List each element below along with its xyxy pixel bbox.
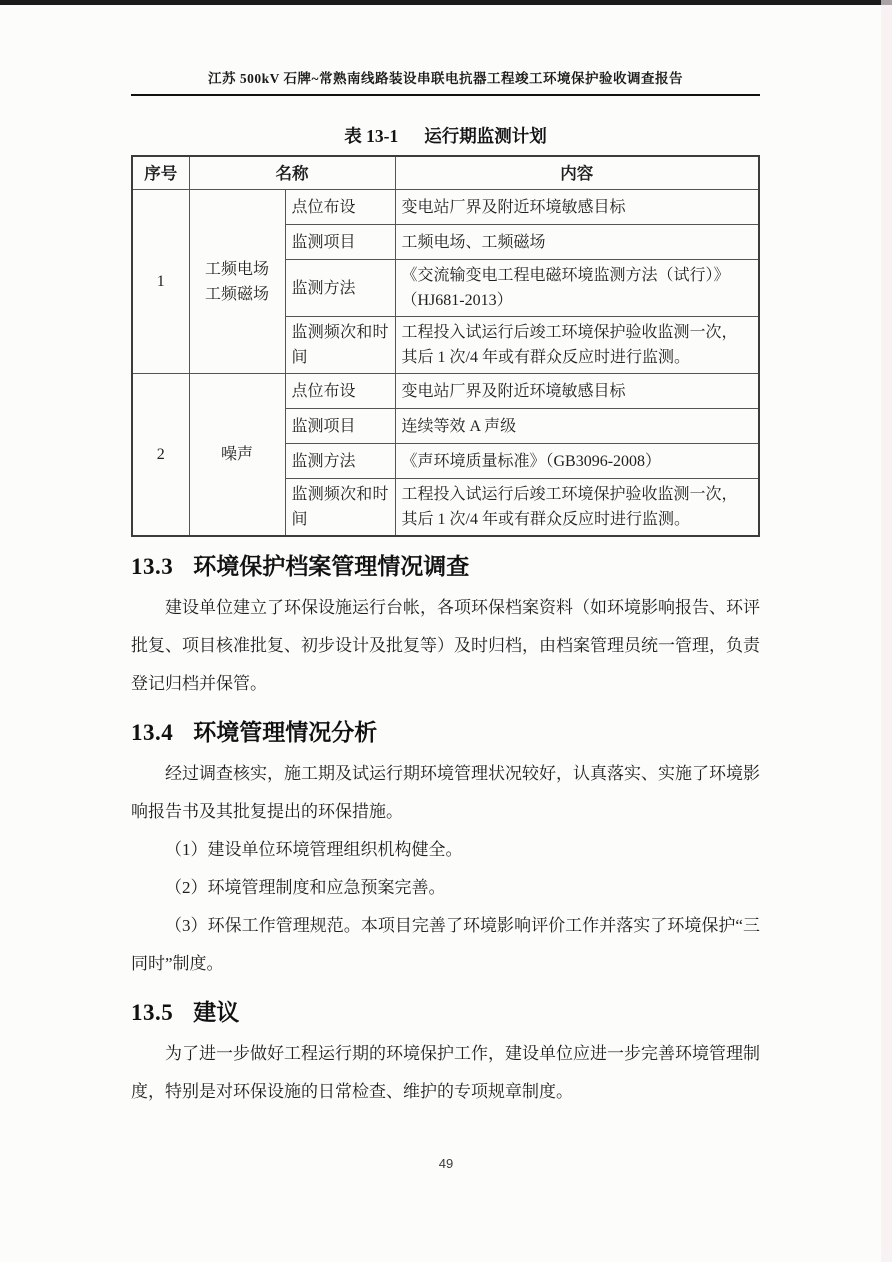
row-content-cell: 《交流输变电工程电磁环境监测方法（试行）》（HJ681-2013） xyxy=(395,260,759,317)
row-label-cell: 监测频次和时间 xyxy=(285,479,395,537)
list-item: （2）环境管理制度和应急预案完善。 xyxy=(131,869,760,907)
name-line: 工频磁场 xyxy=(196,282,279,307)
name-line: 工频电场 xyxy=(196,257,279,282)
row-label-cell: 点位布设 xyxy=(285,190,395,225)
paragraph: 建设单位建立了环保设施运行台帐，各项环保档案资料（如环境影响报告、环评批复、项目… xyxy=(131,589,760,703)
row-content-cell: 《声环境质量标准》（GB3096-2008） xyxy=(395,444,759,479)
row-content-cell: 工程投入试运行后竣工环境保护验收监测一次，其后 1 次/4 年或有群众反应时进行… xyxy=(395,479,759,537)
row-name-cell: 工频电场 工频磁场 xyxy=(189,190,285,374)
monitoring-plan-table: 序号 名称 内容 1 工频电场 工频磁场 点位布设 变电站厂界及附近环境敏感目标… xyxy=(131,155,760,537)
row-content-cell: 变电站厂界及附近环境敏感目标 xyxy=(395,374,759,409)
row-label-cell: 监测项目 xyxy=(285,409,395,444)
row-content-cell: 工频电场、工频磁场 xyxy=(395,225,759,260)
section-title: 环境保护档案管理情况调查 xyxy=(193,553,469,579)
scan-top-bar xyxy=(0,0,892,5)
running-header: 江苏 500kV 石牌~常熟南线路装设串联电抗器工程竣工环境保护验收调查报告 xyxy=(131,67,760,96)
section-heading-13-3: 13.3环境保护档案管理情况调查 xyxy=(131,548,760,581)
list-item: （3）环保工作管理规范。本项目完善了环境影响评价工作并落实了环境保护“三同时”制… xyxy=(131,907,760,983)
document-page: 江苏 500kV 石牌~常熟南线路装设串联电抗器工程竣工环境保护验收调查报告 表… xyxy=(0,0,892,1262)
section-number: 13.5 xyxy=(131,1000,173,1025)
row-label-cell: 监测项目 xyxy=(285,225,395,260)
row-index-cell: 1 xyxy=(132,190,189,374)
list-item: （1）建设单位环境管理组织机构健全。 xyxy=(131,831,760,869)
table-title-text: 运行期监测计划 xyxy=(424,126,547,146)
paragraph: 经过调查核实，施工期及试运行期环境管理状况较好，认真落实、实施了环境影响报告书及… xyxy=(131,755,760,831)
row-label-cell: 点位布设 xyxy=(285,374,395,409)
section-number: 13.3 xyxy=(131,554,173,579)
table-title: 表 13-1运行期监测计划 xyxy=(131,123,760,148)
table-number-label: 表 13-1 xyxy=(344,126,398,146)
row-index-cell: 2 xyxy=(132,374,189,537)
row-content-cell: 连续等效 A 声级 xyxy=(395,409,759,444)
section-body-13-4: 经过调查核实，施工期及试运行期环境管理状况较好，认真落实、实施了环境影响报告书及… xyxy=(131,755,760,983)
row-content-cell: 变电站厂界及附近环境敏感目标 xyxy=(395,190,759,225)
section-body-13-3: 建设单位建立了环保设施运行台帐，各项环保档案资料（如环境影响报告、环评批复、项目… xyxy=(131,589,760,703)
table-row: 1 工频电场 工频磁场 点位布设 变电站厂界及附近环境敏感目标 xyxy=(132,190,759,225)
page-number: 49 xyxy=(0,1156,892,1171)
name-line: 噪声 xyxy=(196,442,279,467)
header-cell-name: 名称 xyxy=(189,156,395,190)
table-header-row: 序号 名称 内容 xyxy=(132,156,759,190)
section-heading-13-4: 13.4环境管理情况分析 xyxy=(131,714,760,747)
paragraph: 为了进一步做好工程运行期的环境保护工作，建设单位应进一步完善环境管理制度，特别是… xyxy=(131,1035,760,1111)
table-row: 2 噪声 点位布设 变电站厂界及附近环境敏感目标 xyxy=(132,374,759,409)
section-title: 环境管理情况分析 xyxy=(193,719,377,745)
header-cell-index: 序号 xyxy=(132,156,189,190)
row-label-cell: 监测频次和时间 xyxy=(285,317,395,374)
section-heading-13-5: 13.5建议 xyxy=(131,994,760,1027)
row-label-cell: 监测方法 xyxy=(285,260,395,317)
row-content-cell: 工程投入试运行后竣工环境保护验收监测一次，其后 1 次/4 年或有群众反应时进行… xyxy=(395,317,759,374)
row-label-cell: 监测方法 xyxy=(285,444,395,479)
row-name-cell: 噪声 xyxy=(189,374,285,537)
section-body-13-5: 为了进一步做好工程运行期的环境保护工作，建设单位应进一步完善环境管理制度，特别是… xyxy=(131,1035,760,1111)
header-cell-content: 内容 xyxy=(395,156,759,190)
page-content: 江苏 500kV 石牌~常熟南线路装设串联电抗器工程竣工环境保护验收调查报告 表… xyxy=(0,67,892,1111)
section-title: 建议 xyxy=(193,999,239,1025)
section-number: 13.4 xyxy=(131,720,173,745)
